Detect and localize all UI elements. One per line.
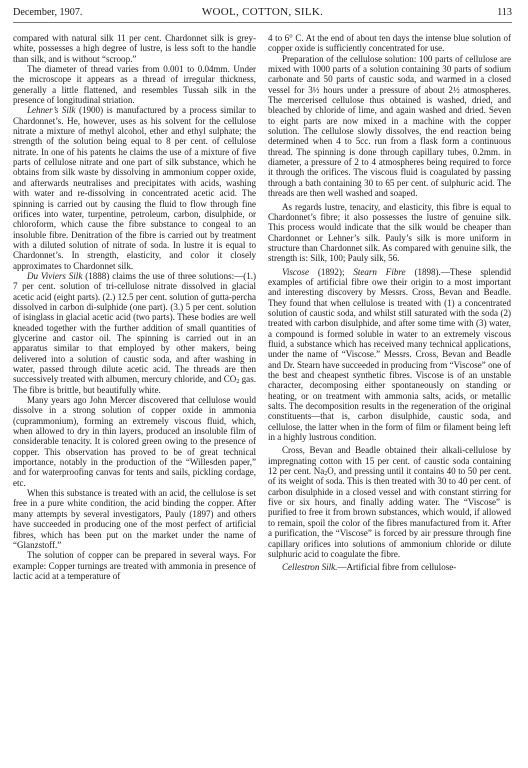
paragraph: Du Viviers Silk (1888) claims the use of… [13, 271, 256, 395]
paragraph: Many years ago John Mercer discovered th… [13, 395, 256, 488]
paragraph: 4 to 6° C. At the end of about ten days … [268, 33, 511, 54]
left-column: compared with natural silk 11 per cent. … [13, 33, 256, 581]
page-number: 113 [497, 7, 512, 18]
italic-heading: Cellestron Silk. [282, 562, 337, 572]
italic-heading: Lehner’s Silk [27, 105, 75, 115]
paragraph: Cross, Bevan and Beadle obtained their a… [268, 445, 511, 559]
paragraph: Viscose (1892); Stearn Fibre (1898).—The… [268, 267, 511, 443]
italic-heading: Viscose [282, 267, 309, 277]
italic-heading: Stearn Fibre [353, 267, 405, 277]
paragraph-text: (1900) is manufactured by a process simi… [13, 105, 256, 270]
paragraph-text: (1888) claims the use of three solutions… [13, 271, 256, 384]
paragraph: Cellestron Silk.—Artificial fibre from c… [268, 562, 511, 572]
paragraph: Lehner’s Silk (1900) is manufactured by … [13, 105, 256, 271]
paragraph-text: —Artificial fibre from cellulose- [337, 562, 456, 572]
paragraph-text: O, and pressing until it contains 40 to … [268, 466, 511, 559]
header-title: WOOL, COTTON, SILK. [13, 6, 512, 18]
right-column: 4 to 6° C. At the end of about ten days … [268, 33, 511, 573]
paragraph: The diameter of thread varies from 0.001… [13, 64, 256, 105]
paragraph-text: (1898).—These splendid examples of artif… [268, 267, 511, 443]
paragraph: The solution of copper can be prepared i… [13, 550, 256, 581]
running-header: December, 1907. WOOL, COTTON, SILK. 113 [13, 3, 512, 21]
italic-heading: Du Viviers Silk [27, 271, 82, 281]
paragraph: When this substance is treated with an a… [13, 488, 256, 550]
header-rule [13, 22, 512, 23]
paragraph: compared with natural silk 11 per cent. … [13, 33, 256, 64]
paragraph: As regards lustre, tenacity, and elastic… [268, 202, 511, 264]
paragraph-text: (1892); [309, 267, 353, 277]
paragraph: Preparation of the cellulose solution: 1… [268, 54, 511, 199]
